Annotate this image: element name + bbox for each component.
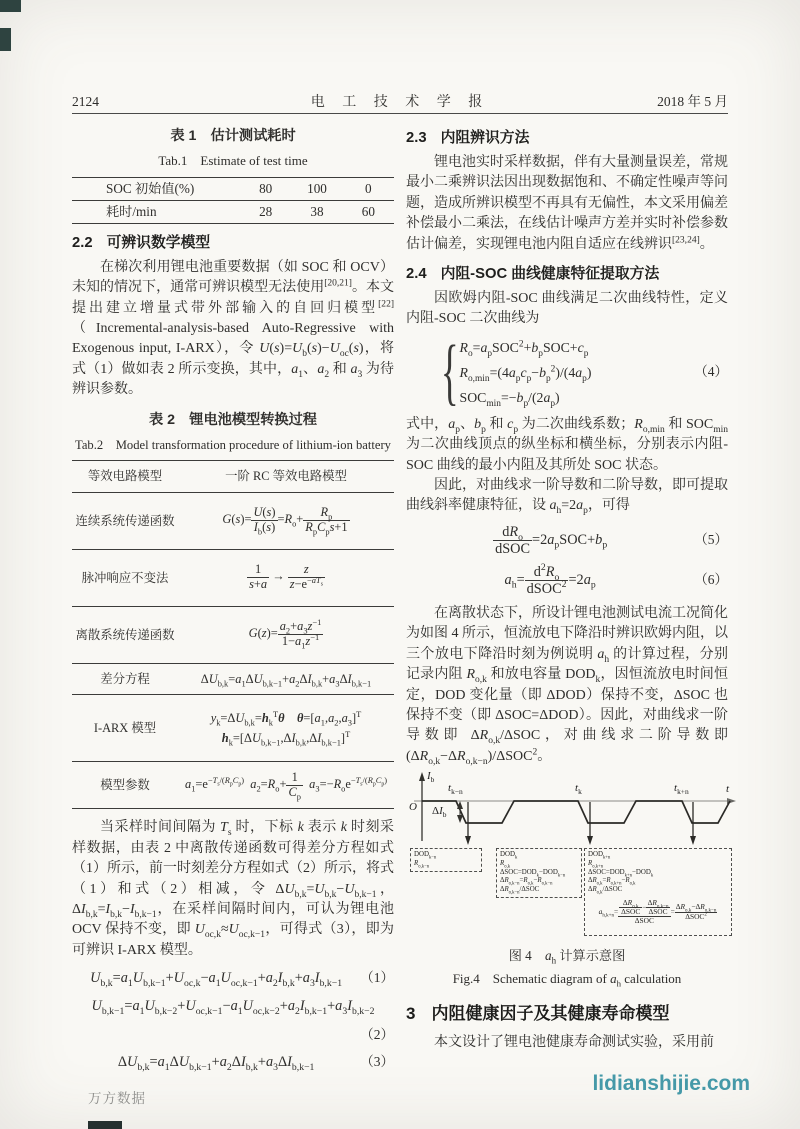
time-tick-label-k+n: tk+n xyxy=(674,783,689,794)
section-title: 内阻健康因子及其健康寿命模型 xyxy=(431,1004,669,1024)
scan-artifact-top-corner xyxy=(0,0,21,12)
y-axis-label: Ib xyxy=(427,771,434,782)
table2-row-formula: 一阶 RC 等效电路模型 xyxy=(178,466,394,486)
table-row: 差分方程 ΔUb,k=a1ΔUb,k−1+a2ΔIb,k+a3ΔIb,k−1 xyxy=(72,664,394,695)
paragraph: 在离散状态下，所设计锂电池测试电流工况简化为如图 4 所示，恒流放电下降沿时辨识… xyxy=(406,604,728,767)
table2-caption-en: Tab.2 Model transformation procedure of … xyxy=(72,435,394,455)
table2-row-label: 脉冲响应不变法 xyxy=(72,568,178,588)
table2: 等效电路模型 一阶 RC 等效电路模型 连续系统传递函数 G(s)=U(s)Ib… xyxy=(72,460,394,809)
table2-caption-cn: 表 2 锂电池模型转换过程 xyxy=(72,410,394,430)
equation-formula: Ro,min=(4apcp−bp2)/(4ap) xyxy=(460,360,592,385)
paragraph: 锂电池实时采样数据，伴有大量测量误差，常规最小二乘辨识法因出现数据饱和、不确定性… xyxy=(406,153,728,255)
equation-formula: Ub,k=a1Ub,k−1+Uoc,k−a1Uoc,k−1+a2Ib,k+a3I… xyxy=(72,968,360,988)
delta-current-label: ΔIb xyxy=(432,806,446,817)
table1-cell: 28 xyxy=(240,202,291,222)
table2-row-formula: G(z)=a2+a3z−11−a1z−1 xyxy=(178,620,394,649)
table-row: 脉冲响应不变法 1s+a → zz−e−aTs xyxy=(72,550,394,607)
x-axis-label: t xyxy=(726,784,729,795)
table2-row-formula: ΔUb,k=a1ΔUb,k−1+a2ΔIb,k+a3ΔIb,k−1 xyxy=(178,669,394,689)
wanfang-watermark: 万方数据 xyxy=(88,1087,146,1107)
table2-row-label: I-ARX 模型 xyxy=(72,718,178,738)
equation-number: （4） xyxy=(694,362,728,382)
table2-row-label: 连续系统传递函数 xyxy=(72,511,178,531)
equation-number: （5） xyxy=(694,530,728,550)
section-number: 2.2 xyxy=(72,233,93,253)
table2-row-label: 等效电路模型 xyxy=(72,466,178,486)
table-row: SOC 初始值(%) 80 100 0 xyxy=(72,178,394,200)
site-watermark: lidianshijie.com xyxy=(592,1072,750,1096)
issue-date: 2018 年 5 月 xyxy=(608,90,728,110)
table-row: 模型参数 a1=e−Ts/(RpCp) a2=Ro+1Cp a3=−Roe−Ts… xyxy=(72,762,394,809)
equation-number: （6） xyxy=(694,570,728,590)
equation-formula: SOCmin=−bp/(2ap) xyxy=(460,385,592,410)
table2-row-label: 差分方程 xyxy=(72,669,178,689)
section-number: 3 xyxy=(406,1004,415,1024)
table-row: 连续系统传递函数 G(s)=U(s)Ib(s)=Ro+RpRpCps+1 xyxy=(72,493,394,550)
equation-3: ΔUb,k=a1ΔUb,k−1+a2ΔIb,k+a3ΔIb,k−1 （3） xyxy=(72,1052,394,1072)
figure-box-formula: ah,k+n=ΔRo,kΔSOC−ΔRo,k−nΔSOCΔSOC=ΔRo,k−Δ… xyxy=(588,899,728,926)
figure-box-k: DODkRo,kΔSOC=DODk−DODk−nΔRo,k−n=Ro,k−Ro,… xyxy=(496,848,582,898)
paper-page: 2124 电 工 技 术 学 报 2018 年 5 月 表 1 估计测试耗时 T… xyxy=(0,0,800,1129)
table2-row-formula: 1s+a → zz−e−aTs xyxy=(178,563,394,592)
brace-glyph: { xyxy=(441,341,459,404)
table1-cell: 38 xyxy=(291,202,342,222)
equation-system-lines: Ro=apSOC2+bpSOC+cp Ro,min=(4apcp−bp2)/(4… xyxy=(460,335,592,410)
section-2-3-heading: 2.3 内阻辨识方法 xyxy=(406,128,728,148)
table2-row-label: 模型参数 xyxy=(72,775,178,795)
figure-box-k+n: DODk+nRo,k+nΔSOC=DODk+n−DODkΔRo,k=Ro,k+n… xyxy=(584,848,732,936)
table1-cell: 100 xyxy=(291,179,342,199)
table2-row-label: 离散系统传递函数 xyxy=(72,625,178,645)
table2-row-formula: a1=e−Ts/(RpCp) a2=Ro+1Cp a3=−Roe−Ts/(RpC… xyxy=(178,771,394,800)
figure-caption-cn: 图 4 ah 计算示意图 xyxy=(406,946,728,966)
scan-artifact-bottom xyxy=(88,1121,122,1129)
equation-formula: Ub,k−1=a1Ub,k−2+Uoc,k−1−a1Uoc,k−2+a2Ib,k… xyxy=(72,996,394,1016)
section-number: 2.3 xyxy=(406,128,427,148)
equation-4: { Ro=apSOC2+bpSOC+cp Ro,min=(4apcp−bp2)/… xyxy=(432,335,728,410)
table1-caption-cn: 表 1 估计测试耗时 xyxy=(72,126,394,146)
table-row: I-ARX 模型 yk=ΔUb,k=hkTθ θ=[a1,a2,a3]Thk=[… xyxy=(72,695,394,762)
equation-formula: ah=d2RodSOC2=2ap xyxy=(406,564,694,597)
time-tick-label-k: tk xyxy=(575,783,582,794)
paragraph: 因欧姆内阻-SOC 曲线满足二次曲线特性，定义内阻-SOC 二次曲线为 xyxy=(406,289,728,330)
equation-formula: dRodSOC=2apSOC+bp xyxy=(406,524,694,557)
equation-2: Ub,k−1=a1Ub,k−2+Uoc,k−1−a1Uoc,k−2+a2Ib,k… xyxy=(72,996,394,1046)
equation-number: （3） xyxy=(360,1052,394,1072)
figure-box-k-n: DODk−nRo,k−n xyxy=(410,848,482,871)
equation-number: （1） xyxy=(360,968,394,988)
scan-artifact-left-edge xyxy=(0,28,11,51)
table1-row1-label: SOC 初始值(%) xyxy=(72,179,240,199)
time-tick-label-k-n: tk−n xyxy=(448,783,463,794)
section-title: 内阻辨识方法 xyxy=(441,128,530,148)
table1: SOC 初始值(%) 80 100 0 耗时/min 28 38 60 xyxy=(72,177,394,224)
paragraph: 在梯次利用锂电池重要数据（如 SOC 和 OCV）未知的情况下，通常可辨识模型无… xyxy=(72,258,394,401)
table-row: 等效电路模型 一阶 RC 等效电路模型 xyxy=(72,461,394,492)
paragraph: 式中，ap、bp 和 cp 为二次曲线系数；Ro,min 和 SOCmin 为二… xyxy=(406,415,728,476)
header-rule xyxy=(72,113,728,114)
equation-formula: Ro=apSOC2+bpSOC+cp xyxy=(460,335,592,360)
table1-cell: 60 xyxy=(343,202,394,222)
table1-cell: 80 xyxy=(240,179,291,199)
table-row: 耗时/min 28 38 60 xyxy=(72,200,394,223)
right-column: 2.3 内阻辨识方法 锂电池实时采样数据，伴有大量测量误差，常规最小二乘辨识法因… xyxy=(406,122,728,1054)
equation-formula: ΔUb,k=a1ΔUb,k−1+a2ΔIb,k+a3ΔIb,k−1 xyxy=(72,1052,360,1072)
table-row: 离散系统传递函数 G(z)=a2+a3z−11−a1z−1 xyxy=(72,607,394,664)
left-column: 表 1 估计测试耗时 Tab.1 Estimate of test time S… xyxy=(72,122,394,1080)
paragraph: 因此，对曲线求一阶导数和二阶导数，即可提取曲线斜率健康特征，设 ah=2ap，可… xyxy=(406,476,728,517)
section-2-2-heading: 2.2 可辨识数学模型 xyxy=(72,233,394,253)
table1-caption-en: Tab.1 Estimate of test time xyxy=(72,151,394,171)
section-title: 内阻-SOC 曲线健康特征提取方法 xyxy=(441,264,660,284)
table2-row-formula: G(s)=U(s)Ib(s)=Ro+RpRpCps+1 xyxy=(178,506,394,535)
equation-5: dRodSOC=2apSOC+bp （5） xyxy=(406,524,728,557)
section-number: 2.4 xyxy=(406,264,427,284)
paragraph: 当采样时间间隔为 Ts 时，下标 k 表示 k 时刻采样数据，由表 2 中离散传… xyxy=(72,818,394,961)
section-title: 可辨识数学模型 xyxy=(107,233,211,253)
section-2-4-heading: 2.4 内阻-SOC 曲线健康特征提取方法 xyxy=(406,264,728,284)
table2-row-formula: yk=ΔUb,k=hkTθ θ=[a1,a2,a3]Thk=[ΔUb,k−1,Δ… xyxy=(178,708,394,749)
figure-4: Ib O t tk−n tk tk+n ΔIb DODk−nRo,k−n DOD… xyxy=(406,771,736,939)
equation-1: Ub,k=a1Ub,k−1+Uoc,k−a1Uoc,k−1+a2Ib,k+a3I… xyxy=(72,968,394,988)
equation-number: （2） xyxy=(72,1025,394,1045)
table1-cell: 0 xyxy=(343,179,394,199)
page-number: 2124 xyxy=(72,94,192,110)
running-header: 2124 电 工 技 术 学 报 2018 年 5 月 xyxy=(72,90,728,111)
figure-box-lines: DODk+nRo,k+nΔSOC=DODk+n−DODkΔRo,k=Ro,k+n… xyxy=(588,851,728,895)
equation-6: ah=d2RodSOC2=2ap （6） xyxy=(406,564,728,597)
table1-row2-label: 耗时/min xyxy=(72,202,240,222)
paragraph: 本文设计了锂电池健康寿命测试实验，采用前 xyxy=(406,1033,728,1053)
journal-title: 电 工 技 术 学 报 xyxy=(192,91,608,111)
figure-caption-en: Fig.4 Schematic diagram of ah calculatio… xyxy=(406,969,728,989)
section-3-heading: 3 内阻健康因子及其健康寿命模型 xyxy=(406,1004,728,1024)
origin-label: O xyxy=(409,802,417,813)
